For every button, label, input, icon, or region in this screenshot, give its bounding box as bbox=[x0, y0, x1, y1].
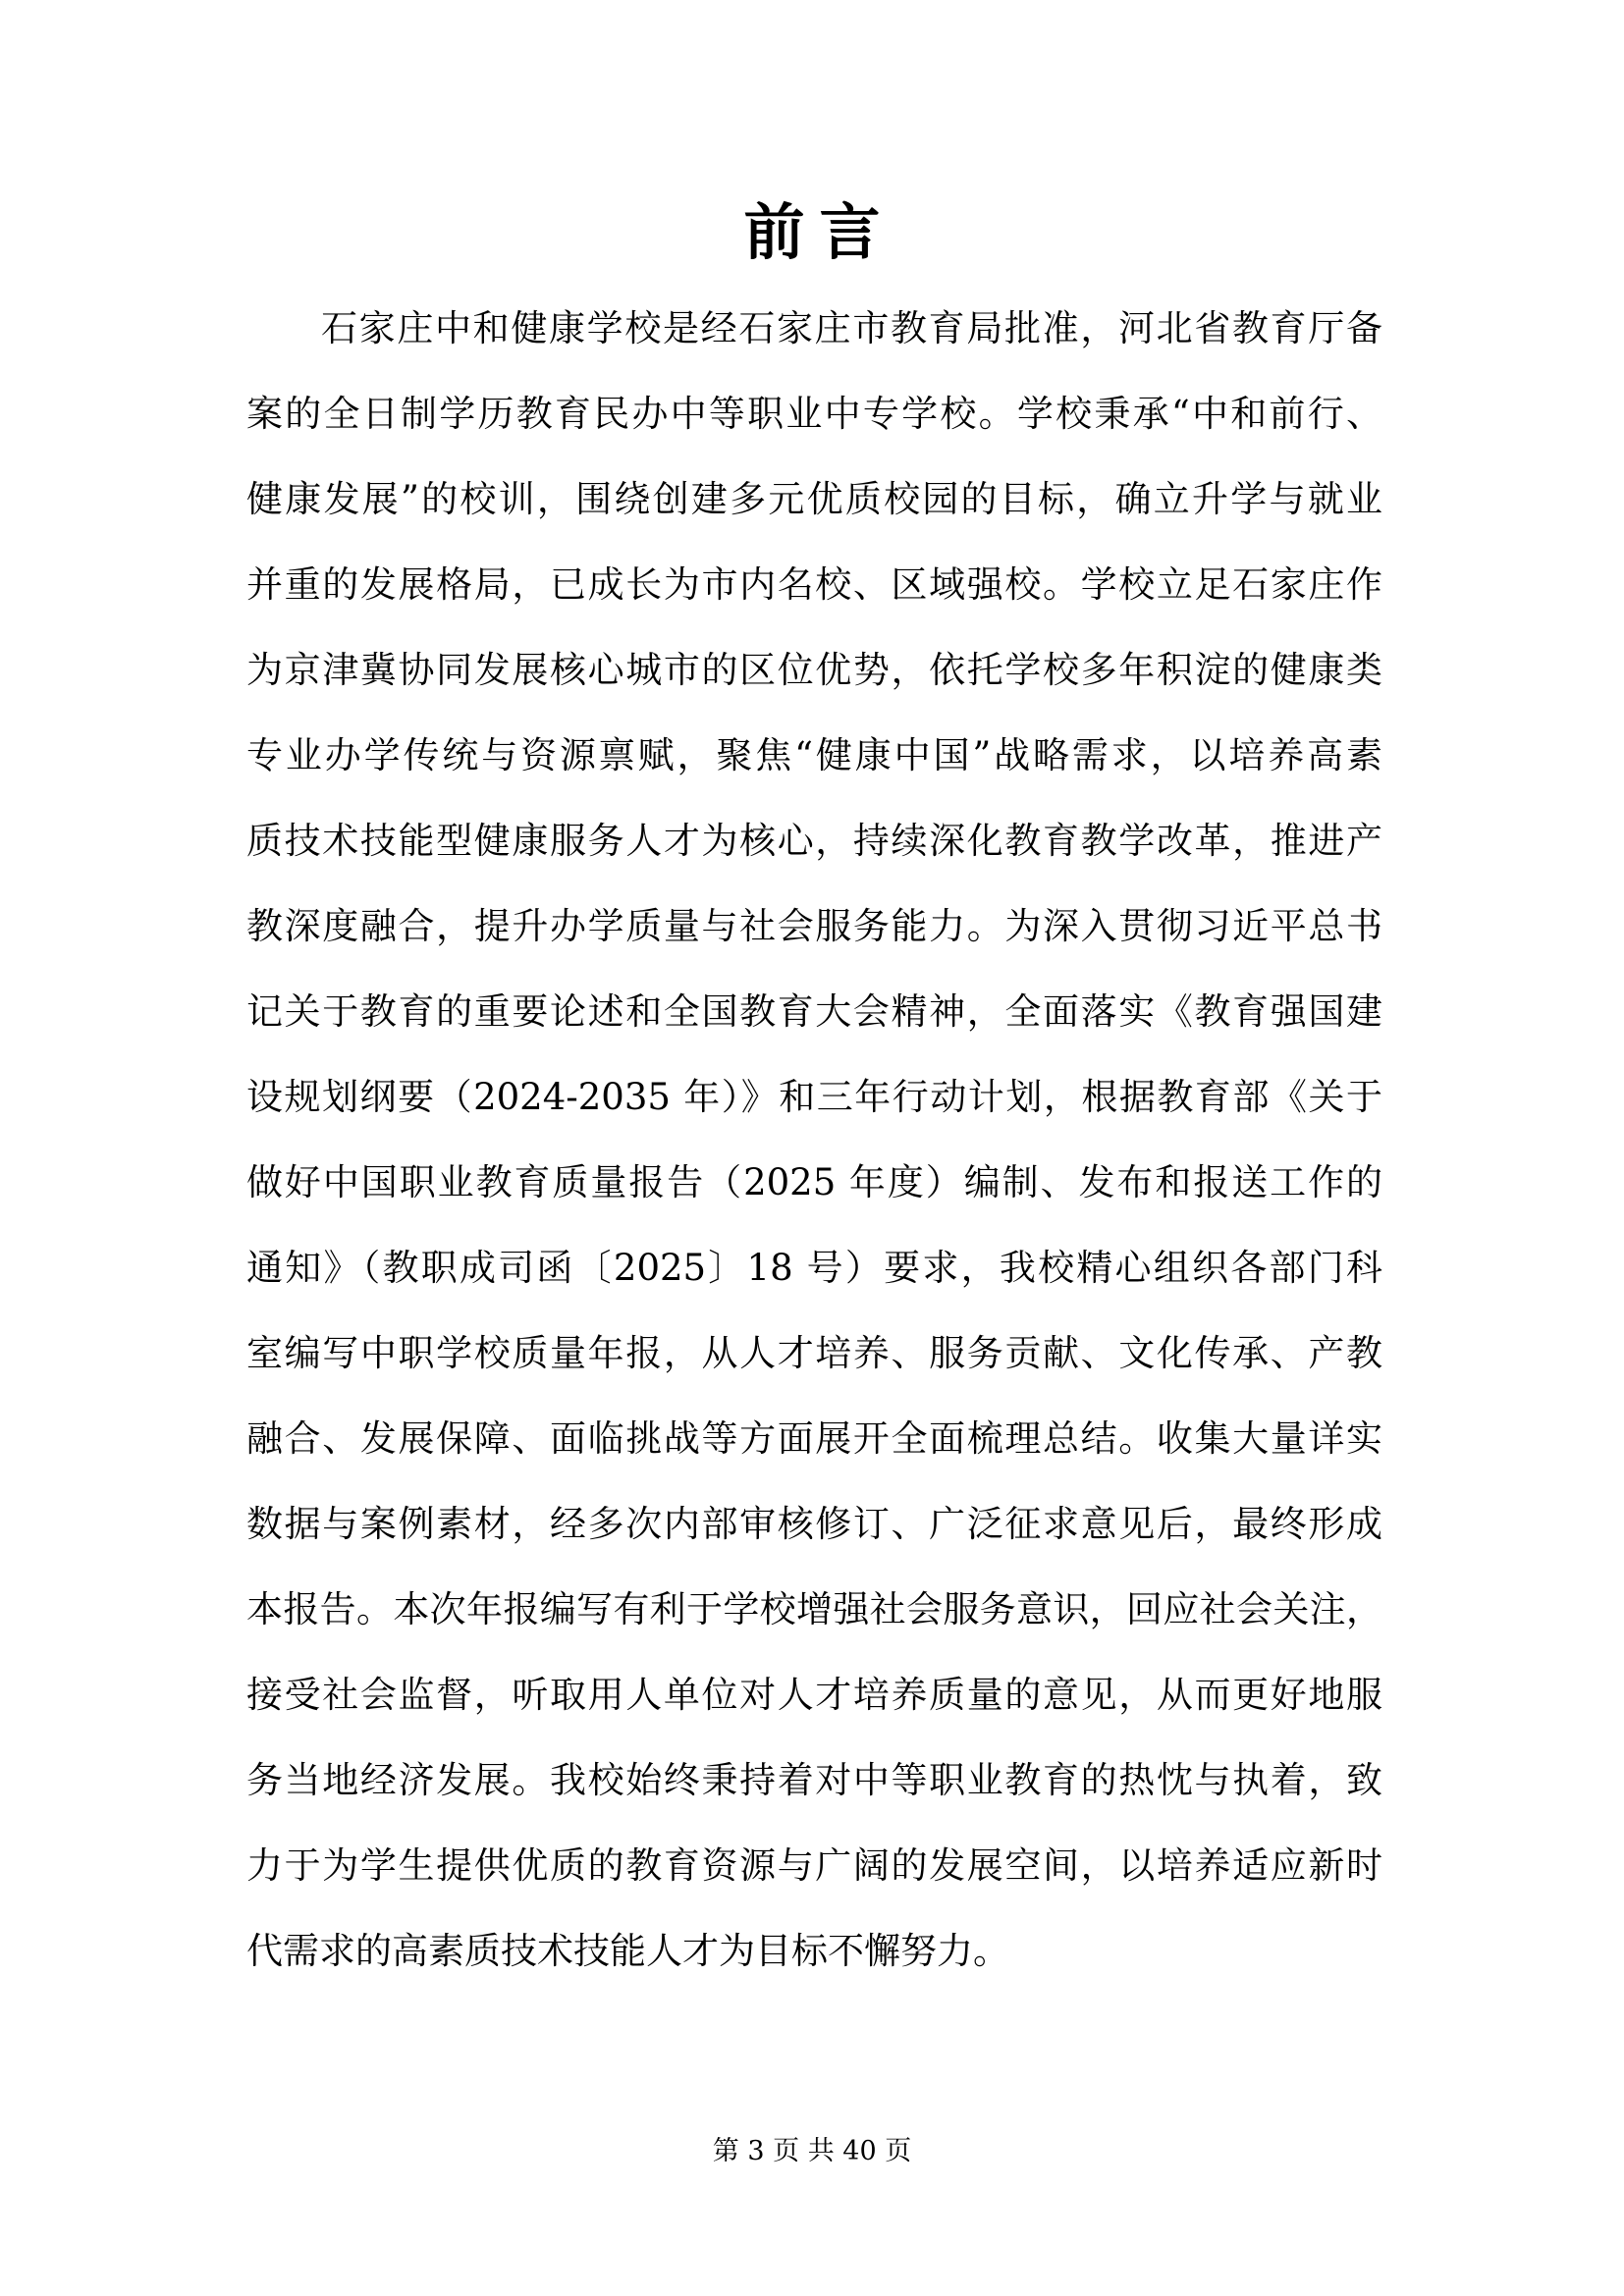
preface-paragraph: 石家庄中和健康学校是经石家庄市教育局批准，河北省教育厅备 案的全日制学历教育民办… bbox=[246, 286, 1382, 1994]
paragraph-line: 教深度融合，提升办学质量与社会服务能力。为深入贯彻习近平总书 bbox=[246, 883, 1382, 969]
paragraph-line: 设规划纲要（2024-2035 年）》和三年行动计划，根据教育部《关于 bbox=[246, 1054, 1382, 1140]
paragraph-line: 为京津冀协同发展核心城市的区位优势，依托学校多年积淀的健康类 bbox=[246, 627, 1382, 713]
paragraph-line: 务当地经济发展。我校始终秉持着对中等职业教育的热忱与执着，致 bbox=[246, 1737, 1382, 1823]
paragraph-line: 记关于教育的重要论述和全国教育大会精神，全面落实《教育强国建 bbox=[246, 969, 1382, 1054]
paragraph-line: 质技术技能型健康服务人才为核心，持续深化教育教学改革，推进产 bbox=[246, 798, 1382, 883]
paragraph-line: 本报告。本次年报编写有利于学校增强社会服务意识，回应社会关注， bbox=[246, 1567, 1382, 1652]
paragraph-line: 融合、发展保障、面临挑战等方面展开全面梳理总结。收集大量详实 bbox=[246, 1396, 1382, 1481]
paragraph-line: 健康发展”的校训，围绕创建多元优质校园的目标，确立升学与就业 bbox=[246, 456, 1382, 542]
paragraph-line: 接受社会监督，听取用人单位对人才培养质量的意见，从而更好地服 bbox=[246, 1652, 1382, 1737]
paragraph-line: 室编写中职学校质量年报，从人才培养、服务贡献、文化传承、产教 bbox=[246, 1310, 1382, 1396]
paragraph-line: 做好中国职业教育质量报告（2025 年度）编制、发布和报送工作的 bbox=[246, 1140, 1382, 1225]
paragraph-line: 并重的发展格局，已成长为市内名校、区域强校。学校立足石家庄作 bbox=[246, 542, 1382, 627]
paragraph-line: 数据与案例素材，经多次内部审核修订、广泛征求意见后，最终形成 bbox=[246, 1481, 1382, 1567]
document-page: 前言 石家庄中和健康学校是经石家庄市教育局批准，河北省教育厅备 案的全日制学历教… bbox=[0, 0, 1624, 2296]
paragraph-line: 专业办学传统与资源禀赋，聚焦“健康中国”战略需求，以培养高素 bbox=[246, 713, 1382, 798]
paragraph-line: 通知》（教职成司函〔2025〕18 号）要求，我校精心组织各部门科 bbox=[246, 1225, 1382, 1310]
paragraph-line: 石家庄中和健康学校是经石家庄市教育局批准，河北省教育厅备 bbox=[246, 286, 1382, 371]
page-title: 前言 bbox=[0, 196, 1624, 269]
paragraph-line: 案的全日制学历教育民办中等职业中专学校。学校秉承“中和前行、 bbox=[246, 371, 1382, 456]
paragraph-line: 力于为学生提供优质的教育资源与广阔的发展空间，以培养适应新时 bbox=[246, 1823, 1382, 1908]
paragraph-line: 代需求的高素质技术技能人才为目标不懈努力。 bbox=[246, 1908, 1382, 1994]
page-number: 第 3 页 共 40 页 bbox=[0, 2128, 1624, 2175]
